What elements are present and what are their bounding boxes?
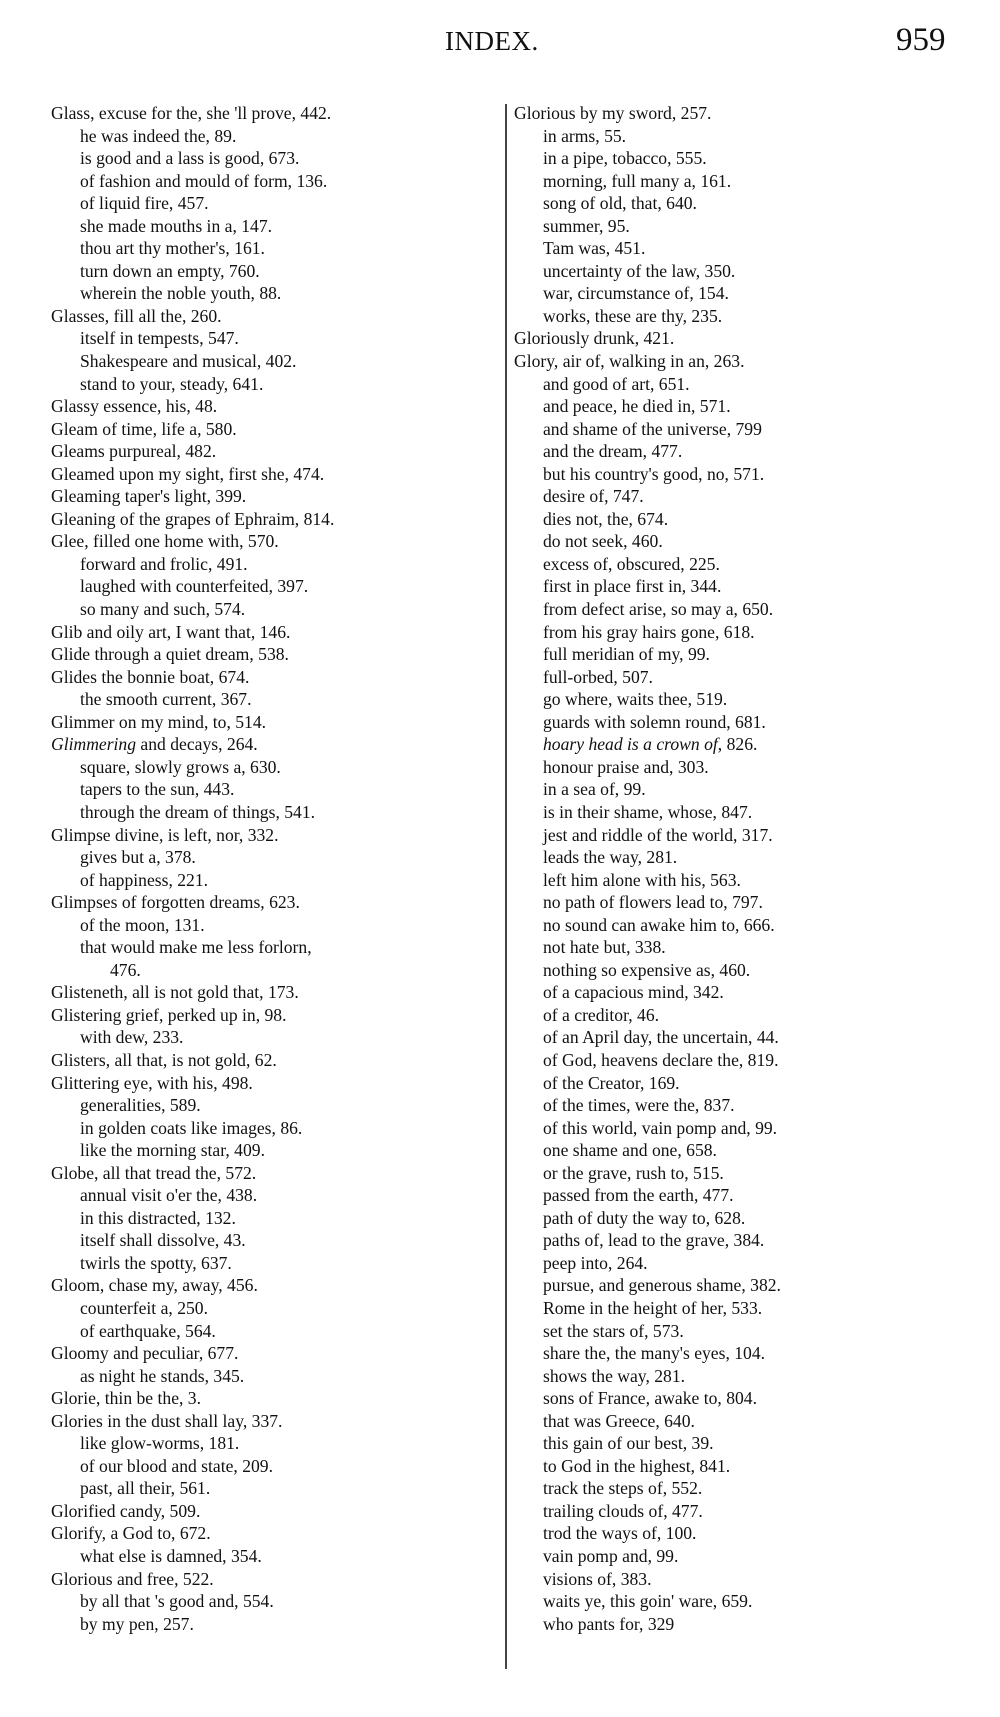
entry-text: with dew, 233. xyxy=(80,1027,183,1047)
index-subentry: trailing clouds of, 477. xyxy=(514,1500,974,1523)
index-subentry: honour praise and, 303. xyxy=(514,756,974,779)
page-title: INDEX. xyxy=(445,26,539,57)
entry-text: Glorious and free, 522. xyxy=(51,1569,214,1589)
entry-text: honour praise and, 303. xyxy=(543,757,709,777)
index-subentry: peep into, 264. xyxy=(514,1252,974,1275)
entry-text: full meridian of my, 99. xyxy=(543,644,710,664)
index-subentry: of God, heavens declare the, 819. xyxy=(514,1049,974,1072)
entry-text: Glittering eye, with his, 498. xyxy=(51,1073,253,1093)
index-subentry: dies not, the, 674. xyxy=(514,508,974,531)
index-subentry: of the Creator, 169. xyxy=(514,1072,974,1095)
index-subentry: uncertainty of the law, 350. xyxy=(514,260,974,283)
index-subentry: share the, the many's eyes, 104. xyxy=(514,1342,974,1365)
index-subentry: this gain of our best, 39. xyxy=(514,1432,974,1455)
index-subentry: turn down an empty, 760. xyxy=(51,260,501,283)
entry-text: Gloriously drunk, 421. xyxy=(514,328,674,348)
index-subentry: no path of flowers lead to, 797. xyxy=(514,891,974,914)
entry-text: Gloomy and peculiar, 677. xyxy=(51,1343,238,1363)
entry-text: twirls the spotty, 637. xyxy=(80,1253,232,1273)
entry-text: Glorify, a God to, 672. xyxy=(51,1523,211,1543)
entry-text: sons of France, awake to, 804. xyxy=(543,1388,757,1408)
entry-text: share the, the many's eyes, 104. xyxy=(543,1343,765,1363)
entry-text: itself shall dissolve, 43. xyxy=(80,1230,246,1250)
index-subentry: first in place first in, 344. xyxy=(514,575,974,598)
entry-text: Gleams purpureal, 482. xyxy=(51,441,216,461)
index-subentry: full-orbed, 507. xyxy=(514,666,974,689)
entry-text: trod the ways of, 100. xyxy=(543,1523,696,1543)
entry-text: Rome in the height of her, 533. xyxy=(543,1298,762,1318)
entry-text: Gleaning of the grapes of Ephraim, 814. xyxy=(51,509,334,529)
entry-text: but his country's good, no, 571. xyxy=(543,464,764,484)
index-entry: Gloom, chase my, away, 456. xyxy=(51,1274,501,1297)
entry-text: or the grave, rush to, 515. xyxy=(543,1163,724,1183)
index-subentry: Shakespeare and musical, 402. xyxy=(51,350,501,373)
index-subentry: 476. xyxy=(51,959,501,982)
entry-text: Gloom, chase my, away, 456. xyxy=(51,1275,258,1295)
entry-text: peep into, 264. xyxy=(543,1253,648,1273)
entry-text: Glorious by my sword, 257. xyxy=(514,103,711,123)
index-subentry: visions of, 383. xyxy=(514,1568,974,1591)
entry-text: of God, heavens declare the, 819. xyxy=(543,1050,778,1070)
index-subentry: in this distracted, 132. xyxy=(51,1207,501,1230)
index-subentry: that would make me less forlorn, xyxy=(51,936,501,959)
index-entry: Glorie, thin be the, 3. xyxy=(51,1387,501,1410)
entry-text: uncertainty of the law, 350. xyxy=(543,261,735,281)
entry-text: of liquid fire, 457. xyxy=(80,193,209,213)
entry-text: of an April day, the uncertain, 44. xyxy=(543,1027,779,1047)
index-entry: Glimmer on my mind, to, 514. xyxy=(51,711,501,734)
entry-text: of the times, were the, 837. xyxy=(543,1095,735,1115)
entry-text: do not seek, 460. xyxy=(543,531,663,551)
entry-text: go where, waits thee, 519. xyxy=(543,689,727,709)
index-entry: Gleaming taper's light, 399. xyxy=(51,485,501,508)
entry-text: Gleamed upon my sight, first she, 474. xyxy=(51,464,324,484)
entry-text: Globe, all that tread the, 572. xyxy=(51,1163,256,1183)
index-subentry: to God in the highest, 841. xyxy=(514,1455,974,1478)
index-entry: Gleaning of the grapes of Ephraim, 814. xyxy=(51,508,501,531)
index-entry: Gloriously drunk, 421. xyxy=(514,327,974,350)
index-subentry: annual visit o'er the, 438. xyxy=(51,1184,501,1207)
entry-text: excess of, obscured, 225. xyxy=(543,554,720,574)
entry-text: and good of art, 651. xyxy=(543,374,690,394)
entry-text: Glorified candy, 509. xyxy=(51,1501,200,1521)
index-subentry: of fashion and mould of form, 136. xyxy=(51,170,501,193)
entry-text: visions of, 383. xyxy=(543,1569,652,1589)
index-subentry: passed from the earth, 477. xyxy=(514,1184,974,1207)
index-subentry: paths of, lead to the grave, 384. xyxy=(514,1229,974,1252)
index-entry: Glimpse divine, is left, nor, 332. xyxy=(51,824,501,847)
entry-text: from defect arise, so may a, 650. xyxy=(543,599,773,619)
index-subentry: in a pipe, tobacco, 555. xyxy=(514,147,974,170)
index-entry: Glasses, fill all the, 260. xyxy=(51,305,501,328)
entry-text: wherein the noble youth, 88. xyxy=(80,283,281,303)
entry-text: Glimpses of forgotten dreams, 623. xyxy=(51,892,300,912)
entry-text: square, slowly grows a, 630. xyxy=(80,757,281,777)
entry-text: annual visit o'er the, 438. xyxy=(80,1185,257,1205)
index-subentry: wherein the noble youth, 88. xyxy=(51,282,501,305)
index-column-right: Glorious by my sword, 257.in arms, 55.in… xyxy=(514,102,974,1635)
entry-text: waits ye, this goin' ware, 659. xyxy=(543,1591,752,1611)
index-subentry: and the dream, 477. xyxy=(514,440,974,463)
entry-text: of the Creator, 169. xyxy=(543,1073,680,1093)
index-subentry: laughed with counterfeited, 397. xyxy=(51,575,501,598)
entry-text: Glorie, thin be the, 3. xyxy=(51,1388,201,1408)
index-subentry: tapers to the sun, 443. xyxy=(51,778,501,801)
index-subentry: is in their shame, whose, 847. xyxy=(514,801,974,824)
entry-text: of our blood and state, 209. xyxy=(80,1456,273,1476)
entry-text: past, all their, 561. xyxy=(80,1478,210,1498)
index-subentry: by all that 's good and, 554. xyxy=(51,1590,501,1613)
entry-text: vain pomp and, 99. xyxy=(543,1546,678,1566)
index-subentry: waits ye, this goin' ware, 659. xyxy=(514,1590,974,1613)
index-subentry: shows the way, 281. xyxy=(514,1365,974,1388)
entry-text: left him alone with his, 563. xyxy=(543,870,741,890)
entry-text: and the dream, 477. xyxy=(543,441,682,461)
entry-text: and peace, he died in, 571. xyxy=(543,396,731,416)
italic-term: hoary head is a crown of xyxy=(543,734,718,754)
index-entry: Glide through a quiet dream, 538. xyxy=(51,643,501,666)
index-entry: Glimpses of forgotten dreams, 623. xyxy=(51,891,501,914)
entry-text: as night he stands, 345. xyxy=(80,1366,244,1386)
index-subentry: like the morning star, 409. xyxy=(51,1139,501,1162)
entry-text: morning, full many a, 161. xyxy=(543,171,731,191)
entry-text: set the stars of, 573. xyxy=(543,1321,684,1341)
entry-text: from his gray hairs gone, 618. xyxy=(543,622,755,642)
entry-text: is good and a lass is good, 673. xyxy=(80,148,299,168)
entry-text: in arms, 55. xyxy=(543,126,626,146)
entry-text: Glisteneth, all is not gold that, 173. xyxy=(51,982,299,1002)
entry-text: Shakespeare and musical, 402. xyxy=(80,351,296,371)
entry-text: shows the way, 281. xyxy=(543,1366,685,1386)
index-subentry: with dew, 233. xyxy=(51,1026,501,1049)
entry-text: itself in tempests, 547. xyxy=(80,328,239,348)
index-subentry: twirls the spotty, 637. xyxy=(51,1252,501,1275)
entry-text: in golden coats like images, 86. xyxy=(80,1118,302,1138)
index-subentry: one shame and one, 658. xyxy=(514,1139,974,1162)
index-entry: Gloomy and peculiar, 677. xyxy=(51,1342,501,1365)
index-subentry: guards with solemn round, 681. xyxy=(514,711,974,734)
entry-text: Gleaming taper's light, 399. xyxy=(51,486,246,506)
index-subentry: of happiness, 221. xyxy=(51,869,501,892)
index-column-left: Glass, excuse for the, she 'll prove, 44… xyxy=(51,102,501,1635)
index-subentry: generalities, 589. xyxy=(51,1094,501,1117)
entry-text: is in their shame, whose, 847. xyxy=(543,802,752,822)
index-entry: Glides the bonnie boat, 674. xyxy=(51,666,501,689)
entry-text: nothing so expensive as, 460. xyxy=(543,960,750,980)
entry-text: full-orbed, 507. xyxy=(543,667,653,687)
index-subentry: vain pomp and, 99. xyxy=(514,1545,974,1568)
index-subentry: is good and a lass is good, 673. xyxy=(51,147,501,170)
entry-text: of fashion and mould of form, 136. xyxy=(80,171,327,191)
index-subentry: of this world, vain pomp and, 99. xyxy=(514,1117,974,1140)
index-subentry: full meridian of my, 99. xyxy=(514,643,974,666)
index-subentry: no sound can awake him to, 666. xyxy=(514,914,974,937)
entry-text: of the moon, 131. xyxy=(80,915,205,935)
entry-text: laughed with counterfeited, 397. xyxy=(80,576,308,596)
index-subentry: from his gray hairs gone, 618. xyxy=(514,621,974,644)
entry-text: of happiness, 221. xyxy=(80,870,208,890)
index-subentry: excess of, obscured, 225. xyxy=(514,553,974,576)
entry-text: of a creditor, 46. xyxy=(543,1005,659,1025)
index-subentry: and peace, he died in, 571. xyxy=(514,395,974,418)
index-entry: Gleams purpureal, 482. xyxy=(51,440,501,463)
index-entry: Glorious by my sword, 257. xyxy=(514,102,974,125)
entry-text: of earthquake, 564. xyxy=(80,1321,216,1341)
entry-text: generalities, 589. xyxy=(80,1095,201,1115)
index-subentry: Tam was, 451. xyxy=(514,237,974,260)
entry-text: dies not, the, 674. xyxy=(543,509,668,529)
entry-text: tapers to the sun, 443. xyxy=(80,779,234,799)
index-subentry: or the grave, rush to, 515. xyxy=(514,1162,974,1185)
entry-text: the smooth current, 367. xyxy=(80,689,252,709)
index-subentry: counterfeit a, 250. xyxy=(51,1297,501,1320)
index-subentry: jest and riddle of the world, 317. xyxy=(514,824,974,847)
entry-text: Glides the bonnie boat, 674. xyxy=(51,667,249,687)
index-entry: Glorify, a God to, 672. xyxy=(51,1522,501,1545)
entry-text: guards with solemn round, 681. xyxy=(543,712,766,732)
index-subentry: song of old, that, 640. xyxy=(514,192,974,215)
index-subentry: of our blood and state, 209. xyxy=(51,1455,501,1478)
index-subentry: forward and frolic, 491. xyxy=(51,553,501,576)
entry-text: desire of, 747. xyxy=(543,486,644,506)
index-subentry: like glow-worms, 181. xyxy=(51,1432,501,1455)
entry-text: in a pipe, tobacco, 555. xyxy=(543,148,707,168)
index-subentry: and good of art, 651. xyxy=(514,373,974,396)
index-entry: Glisters, all that, is not gold, 62. xyxy=(51,1049,501,1072)
entry-text: works, these are thy, 235. xyxy=(543,306,722,326)
entry-text: no path of flowers lead to, 797. xyxy=(543,892,763,912)
index-subentry: of the moon, 131. xyxy=(51,914,501,937)
index-subentry: he was indeed the, 89. xyxy=(51,125,501,148)
index-subentry: in a sea of, 99. xyxy=(514,778,974,801)
entry-text: this gain of our best, 39. xyxy=(543,1433,714,1453)
index-subentry: Rome in the height of her, 533. xyxy=(514,1297,974,1320)
index-entry: Glistering grief, perked up in, 98. xyxy=(51,1004,501,1027)
entry-text: , 826. xyxy=(718,734,758,754)
index-subentry: who pants for, 329 xyxy=(514,1613,974,1636)
entry-text: paths of, lead to the grave, 384. xyxy=(543,1230,764,1250)
entry-text: Glories in the dust shall lay, 337. xyxy=(51,1411,282,1431)
entry-text: Glide through a quiet dream, 538. xyxy=(51,644,289,664)
index-subentry: that was Greece, 640. xyxy=(514,1410,974,1433)
entry-text: Glimpse divine, is left, nor, 332. xyxy=(51,825,279,845)
entry-text: that would make me less forlorn, xyxy=(80,937,312,957)
entry-text: that was Greece, 640. xyxy=(543,1411,695,1431)
index-subentry: of liquid fire, 457. xyxy=(51,192,501,215)
entry-text: stand to your, steady, 641. xyxy=(80,374,263,394)
index-entry: Glib and oily art, I want that, 146. xyxy=(51,621,501,644)
entry-text: and decays, 264. xyxy=(136,734,258,754)
entry-text: Glistering grief, perked up in, 98. xyxy=(51,1005,287,1025)
index-subentry: so many and such, 574. xyxy=(51,598,501,621)
index-subentry: summer, 95. xyxy=(514,215,974,238)
index-subentry: itself shall dissolve, 43. xyxy=(51,1229,501,1252)
entry-text: 476. xyxy=(110,960,141,980)
page-number: 959 xyxy=(896,22,946,59)
index-subentry: go where, waits thee, 519. xyxy=(514,688,974,711)
index-entry: Glee, filled one home with, 570. xyxy=(51,530,501,553)
index-entry: Glorified candy, 509. xyxy=(51,1500,501,1523)
index-subentry: not hate but, 338. xyxy=(514,936,974,959)
entry-text: by all that 's good and, 554. xyxy=(80,1591,274,1611)
index-subentry: as night he stands, 345. xyxy=(51,1365,501,1388)
entry-text: she made mouths in a, 147. xyxy=(80,216,272,236)
index-subentry: thou art thy mother's, 161. xyxy=(51,237,501,260)
entry-text: war, circumstance of, 154. xyxy=(543,283,729,303)
index-subentry: she made mouths in a, 147. xyxy=(51,215,501,238)
entry-text: Glee, filled one home with, 570. xyxy=(51,531,279,551)
index-subentry: works, these are thy, 235. xyxy=(514,305,974,328)
index-subentry: of a creditor, 46. xyxy=(514,1004,974,1027)
index-entry: Gleamed upon my sight, first she, 474. xyxy=(51,463,501,486)
entry-text: counterfeit a, 250. xyxy=(80,1298,208,1318)
entry-text: gives but a, 378. xyxy=(80,847,196,867)
index-entry: Glory, air of, walking in an, 263. xyxy=(514,350,974,373)
entry-text: like glow-worms, 181. xyxy=(80,1433,239,1453)
index-subentry: what else is damned, 354. xyxy=(51,1545,501,1568)
entry-text: song of old, that, 640. xyxy=(543,193,697,213)
index-subentry: track the steps of, 552. xyxy=(514,1477,974,1500)
index-entry: Globe, all that tread the, 572. xyxy=(51,1162,501,1185)
entry-text: of this world, vain pomp and, 99. xyxy=(543,1118,777,1138)
index-subentry: morning, full many a, 161. xyxy=(514,170,974,193)
entry-text: Gleam of time, life a, 580. xyxy=(51,419,237,439)
index-entry: Glittering eye, with his, 498. xyxy=(51,1072,501,1095)
entry-text: like the morning star, 409. xyxy=(80,1140,265,1160)
index-subentry: of earthquake, 564. xyxy=(51,1320,501,1343)
entry-text: Glimmer on my mind, to, 514. xyxy=(51,712,266,732)
index-subentry: gives but a, 378. xyxy=(51,846,501,869)
entry-text: who pants for, 329 xyxy=(543,1614,674,1634)
index-subentry: set the stars of, 573. xyxy=(514,1320,974,1343)
entry-text: what else is damned, 354. xyxy=(80,1546,262,1566)
entry-text: summer, 95. xyxy=(543,216,630,236)
index-subentry: do not seek, 460. xyxy=(514,530,974,553)
index-entry: Glass, excuse for the, she 'll prove, 44… xyxy=(51,102,501,125)
entry-text: trailing clouds of, 477. xyxy=(543,1501,703,1521)
entry-text: first in place first in, 344. xyxy=(543,576,721,596)
index-entry: Glisteneth, all is not gold that, 173. xyxy=(51,981,501,1004)
entry-text: through the dream of things, 541. xyxy=(80,802,315,822)
entry-text: Glass, excuse for the, she 'll prove, 44… xyxy=(51,103,331,123)
index-subentry: and shame of the universe, 799 xyxy=(514,418,974,441)
index-subentry: past, all their, 561. xyxy=(51,1477,501,1500)
index-subentry: left him alone with his, 563. xyxy=(514,869,974,892)
index-subentry: desire of, 747. xyxy=(514,485,974,508)
index-subentry: through the dream of things, 541. xyxy=(51,801,501,824)
index-subentry: the smooth current, 367. xyxy=(51,688,501,711)
index-subentry: stand to your, steady, 641. xyxy=(51,373,501,396)
entry-text: thou art thy mother's, 161. xyxy=(80,238,265,258)
index-subentry: by my pen, 257. xyxy=(51,1613,501,1636)
entry-text: so many and such, 574. xyxy=(80,599,245,619)
entry-text: passed from the earth, 477. xyxy=(543,1185,734,1205)
index-subentry: from defect arise, so may a, 650. xyxy=(514,598,974,621)
index-subentry: of a capacious mind, 342. xyxy=(514,981,974,1004)
entry-text: pursue, and generous shame, 382. xyxy=(543,1275,781,1295)
entry-text: path of duty the way to, 628. xyxy=(543,1208,745,1228)
index-subentry: nothing so expensive as, 460. xyxy=(514,959,974,982)
index-subentry: in arms, 55. xyxy=(514,125,974,148)
index-subentry: sons of France, awake to, 804. xyxy=(514,1387,974,1410)
index-subentry: trod the ways of, 100. xyxy=(514,1522,974,1545)
entry-text: forward and frolic, 491. xyxy=(80,554,248,574)
index-subentry: path of duty the way to, 628. xyxy=(514,1207,974,1230)
entry-text: he was indeed the, 89. xyxy=(80,126,236,146)
entry-text: Glib and oily art, I want that, 146. xyxy=(51,622,290,642)
index-subentry: pursue, and generous shame, 382. xyxy=(514,1274,974,1297)
entry-text: in this distracted, 132. xyxy=(80,1208,236,1228)
column-divider xyxy=(505,104,507,1669)
entry-text: Glassy essence, his, 48. xyxy=(51,396,217,416)
index-subentry: in golden coats like images, 86. xyxy=(51,1117,501,1140)
entry-text: Glasses, fill all the, 260. xyxy=(51,306,222,326)
index-subentry: leads the way, 281. xyxy=(514,846,974,869)
entry-text: turn down an empty, 760. xyxy=(80,261,260,281)
entry-text: Glisters, all that, is not gold, 62. xyxy=(51,1050,277,1070)
entry-text: by my pen, 257. xyxy=(80,1614,194,1634)
entry-text: no sound can awake him to, 666. xyxy=(543,915,775,935)
index-subentry: hoary head is a crown of, 826. xyxy=(514,733,974,756)
entry-text: and shame of the universe, 799 xyxy=(543,419,762,439)
entry-text: one shame and one, 658. xyxy=(543,1140,717,1160)
entry-text: to God in the highest, 841. xyxy=(543,1456,730,1476)
entry-text: in a sea of, 99. xyxy=(543,779,646,799)
italic-term: Glimmering xyxy=(51,734,136,754)
index-entry: Glories in the dust shall lay, 337. xyxy=(51,1410,501,1433)
index-entry: Glimmering and decays, 264. xyxy=(51,733,501,756)
index-subentry: of an April day, the uncertain, 44. xyxy=(514,1026,974,1049)
index-subentry: but his country's good, no, 571. xyxy=(514,463,974,486)
index-entry: Gleam of time, life a, 580. xyxy=(51,418,501,441)
index-subentry: of the times, were the, 837. xyxy=(514,1094,974,1117)
entry-text: Tam was, 451. xyxy=(543,238,645,258)
index-subentry: itself in tempests, 547. xyxy=(51,327,501,350)
index-subentry: war, circumstance of, 154. xyxy=(514,282,974,305)
entry-text: Glory, air of, walking in an, 263. xyxy=(514,351,744,371)
entry-text: not hate but, 338. xyxy=(543,937,666,957)
index-entry: Glorious and free, 522. xyxy=(51,1568,501,1591)
entry-text: of a capacious mind, 342. xyxy=(543,982,724,1002)
page-header: INDEX. 959 xyxy=(0,22,1000,62)
entry-text: track the steps of, 552. xyxy=(543,1478,702,1498)
entry-text: leads the way, 281. xyxy=(543,847,677,867)
index-subentry: square, slowly grows a, 630. xyxy=(51,756,501,779)
index-entry: Glassy essence, his, 48. xyxy=(51,395,501,418)
entry-text: jest and riddle of the world, 317. xyxy=(543,825,773,845)
